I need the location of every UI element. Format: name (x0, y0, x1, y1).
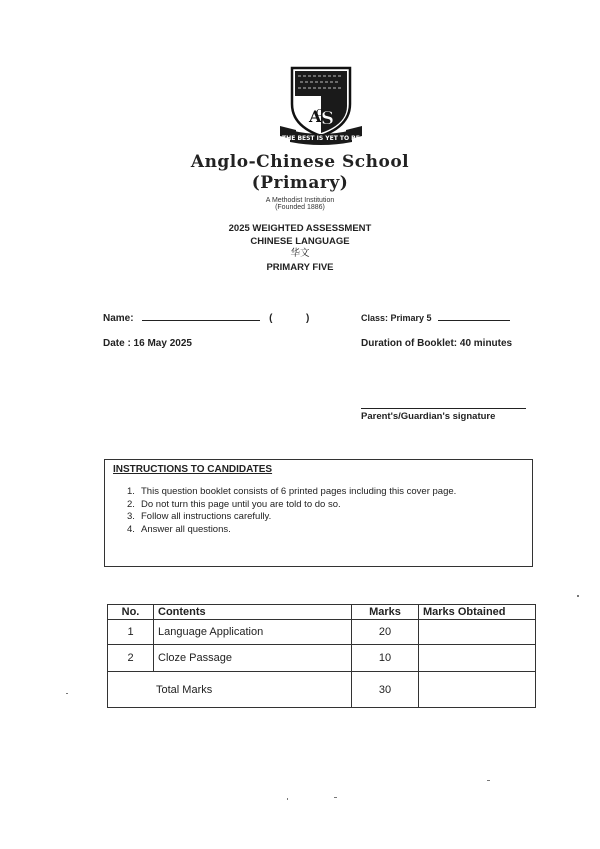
signature-line[interactable] (361, 408, 526, 409)
total-marks-obtained[interactable] (419, 672, 536, 708)
table-header-row: No. Contents Marks Marks Obtained (108, 605, 536, 620)
row-marks: 20 (352, 620, 419, 645)
class-field[interactable]: Class: Primary 5 (361, 313, 510, 323)
total-label: Total Marks (108, 672, 352, 708)
school-name-sub: (Primary) (0, 173, 600, 193)
subject-title: CHINESE LANGUAGE (0, 236, 600, 248)
signature-label: Parent's/Guardian's signature (361, 411, 495, 422)
class-label: Class: Primary 5 (361, 313, 432, 323)
school-name: Anglo-Chinese School (0, 152, 600, 172)
total-row: Total Marks 30 (108, 672, 536, 708)
scan-speck (66, 693, 68, 694)
header-no: No. (108, 605, 154, 620)
table-row: 1 Language Application 20 (108, 620, 536, 645)
index-close: ) (306, 313, 309, 324)
marks-table: No. Contents Marks Marks Obtained 1 Lang… (107, 604, 536, 708)
name-line[interactable] (142, 320, 260, 321)
founded-text: (Founded 1886) (0, 204, 600, 212)
row-marks-obtained[interactable] (419, 645, 536, 672)
date-text: Date : 16 May 2025 (103, 338, 192, 349)
table-row: 2 Cloze Passage 10 (108, 645, 536, 672)
svg-text:THE BEST IS YET TO BE: THE BEST IS YET TO BE (282, 135, 360, 142)
header-marks: Marks (352, 605, 419, 620)
row-no: 2 (108, 645, 154, 672)
instructions-list: 1.This question booklet consists of 6 pr… (127, 486, 456, 536)
scan-speck (487, 780, 490, 781)
scan-speck (577, 595, 579, 597)
svg-text:S: S (321, 108, 334, 129)
name-field[interactable]: Name: ( ) (103, 313, 309, 324)
header-contents: Contents (154, 605, 352, 620)
instruction-item: 2.Do not turn this page until you are to… (127, 499, 456, 512)
instruction-item: 3.Follow all instructions carefully. (127, 511, 456, 524)
row-content: Language Application (154, 620, 352, 645)
scan-speck (334, 797, 337, 798)
level-title: PRIMARY FIVE (0, 262, 600, 274)
school-crest-icon: A S C THE BEST IS YET TO BE (278, 64, 364, 146)
scan-speck (287, 798, 288, 800)
name-label: Name: (103, 313, 134, 324)
class-line[interactable] (438, 320, 510, 321)
row-marks-obtained[interactable] (419, 620, 536, 645)
svg-text:C: C (316, 109, 323, 119)
index-open: ( (269, 313, 272, 324)
row-marks: 10 (352, 645, 419, 672)
total-marks: 30 (352, 672, 419, 708)
instruction-item: 4.Answer all questions. (127, 524, 456, 537)
duration-text: Duration of Booklet: 40 minutes (361, 338, 512, 349)
row-content: Cloze Passage (154, 645, 352, 672)
instructions-title: INSTRUCTIONS TO CANDIDATES (113, 464, 272, 475)
subject-chinese: 华文 (0, 248, 600, 260)
instruction-item: 1.This question booklet consists of 6 pr… (127, 486, 456, 499)
row-no: 1 (108, 620, 154, 645)
instructions-box: INSTRUCTIONS TO CANDIDATES 1.This questi… (104, 459, 533, 567)
assessment-title: 2025 WEIGHTED ASSESSMENT (0, 223, 600, 235)
header-marks-obtained: Marks Obtained (419, 605, 536, 620)
